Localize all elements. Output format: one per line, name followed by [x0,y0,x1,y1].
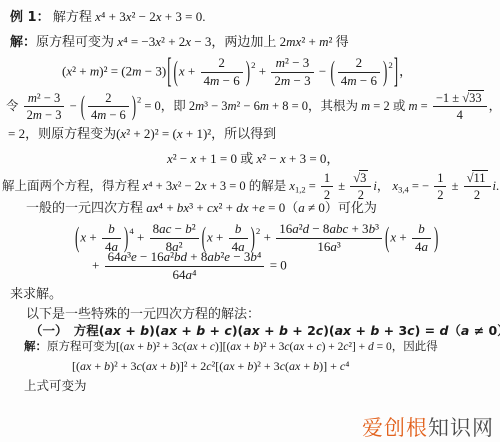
document: 例 1： 解方程 x⁴ + 3x² − 2x + 3 = 0.解：原方程可变为 … [0,8,500,442]
factored-quadratics: x² − x + 1 = 0 或 x² − x + 3 = 0， [167,150,500,169]
closing-text: 来求解。 [10,285,500,304]
equation-completed-square: (x² + m)² = (2m − 3)[(x + 24m − 6)2 + m²… [62,56,500,89]
method-1-solution-step: 解：原方程可变为[(ax + b)² + 3c(ax + c)][(ax + b… [24,339,500,356]
example-heading: 例 1： 解方程 x⁴ + 3x² − 2x + 3 = 0. [10,8,500,28]
method-1-heading: （一） 方程(ax + b)(ax + b + c)(ax + b + 2c)(… [30,323,500,339]
clipped-bottom-line: 上式可变为 [24,377,500,395]
page: 例 1： 解方程 x⁴ + 3x² − 2x + 3 = 0.解：原方程可变为 … [0,0,500,442]
watermark-suffix: 知识网 [428,416,494,440]
solution-step-transform: 解：原方程可变为 x⁴ = −3x² + 2x − 3，两边加上 2mx² + … [10,33,500,53]
solve-m-cubic: 令 m² − 32m − 3 − (24m − 6)2 = 0，即 2m³ − … [6,91,500,123]
final-solutions: 解上面两个方程，得方程 x⁴ + 3x² − 2x + 3 = 0 的解是 x1… [2,171,500,203]
method-1-expansion: [(ax + b)² + 3c(ax + b)]² + 2c²[(ax + b)… [72,359,500,375]
watermark: 爱创根知识网 [362,417,494,440]
special-methods-intro: 以下是一些特殊的一元四次方程的解法： [26,305,500,324]
watermark-brand: 爱创根 [362,416,428,440]
substitute-m-value: = 2，则原方程变为(x² + 2)² = (x + 1)²，所以得到 [8,125,500,144]
